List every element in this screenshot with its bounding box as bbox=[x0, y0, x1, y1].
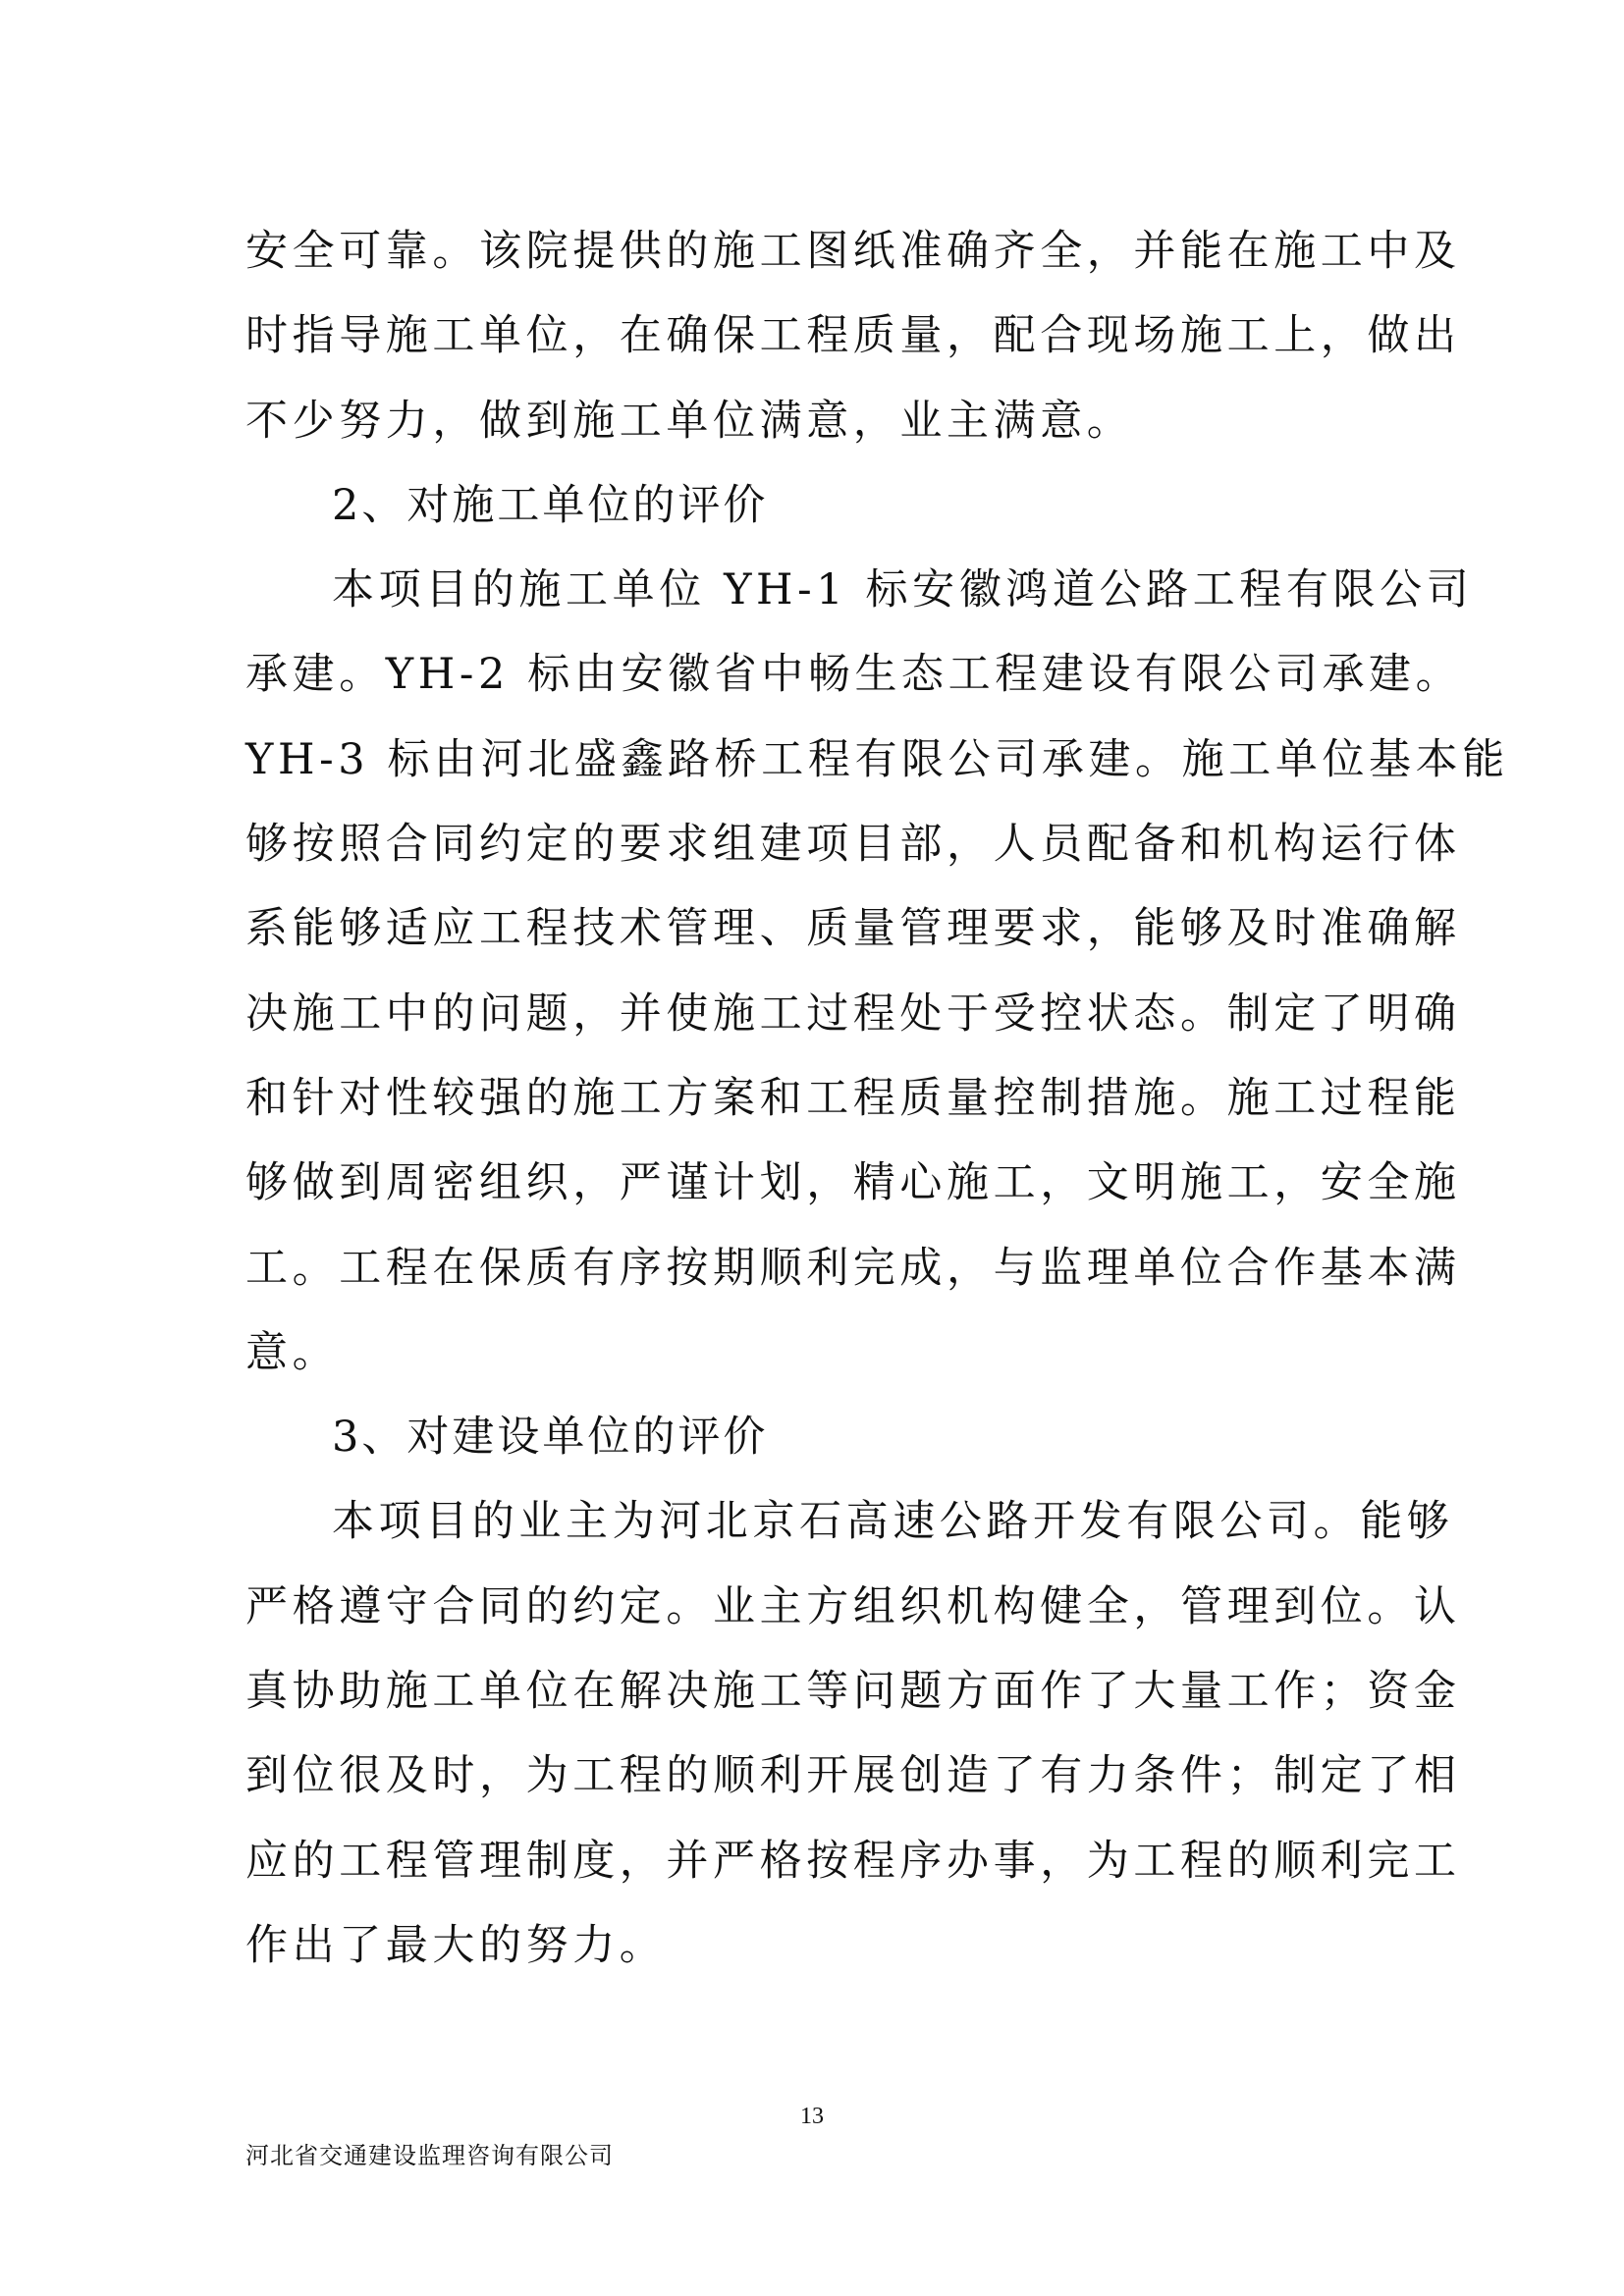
text-line: 作出了最大的努力。 bbox=[245, 1903, 1380, 1988]
text-line: 到位很及时，为工程的顺利开展创造了有力条件；制定了相 bbox=[245, 1734, 1380, 1818]
text-line: 应的工程管理制度，并严格按程序办事，为工程的顺利完工 bbox=[245, 1819, 1380, 1903]
text-line: 安全可靠。该院提供的施工图纸准确齐全，并能在施工中及 bbox=[245, 209, 1380, 294]
text-line: 系能够适应工程技术管理、质量管理要求，能够及时准确解 bbox=[245, 886, 1380, 971]
text-line: 和针对性较强的施工方案和工程质量控制措施。施工过程能 bbox=[245, 1056, 1380, 1141]
text-line: 意。 bbox=[245, 1310, 1380, 1395]
text-line: 本项目的施工单位 YH-1 标安徽鸿道公路工程有限公司 bbox=[245, 548, 1380, 632]
text-line: 承建。YH-2 标由安徽省中畅生态工程建设有限公司承建。 bbox=[245, 632, 1380, 717]
section-heading-construction-unit: 2、对施工单位的评价 bbox=[245, 463, 1380, 548]
text-line: 决施工中的问题，并使施工过程处于受控状态。制定了明确 bbox=[245, 972, 1380, 1056]
text-line: 本项目的业主为河北京石高速公路开发有限公司。能够 bbox=[245, 1479, 1380, 1564]
text-line: 严格遵守合同的约定。业主方组织机构健全，管理到位。认 bbox=[245, 1565, 1380, 1649]
text-line: 不少努力，做到施工单位满意，业主满意。 bbox=[245, 379, 1380, 463]
document-page: 安全可靠。该院提供的施工图纸准确齐全，并能在施工中及 时指导施工单位，在确保工程… bbox=[0, 0, 1624, 2296]
document-body: 安全可靠。该院提供的施工图纸准确齐全，并能在施工中及 时指导施工单位，在确保工程… bbox=[245, 209, 1380, 1988]
text-line: 工。工程在保质有序按期顺利完成，与监理单位合作基本满 bbox=[245, 1226, 1380, 1310]
text-line: 真协助施工单位在解决施工等问题方面作了大量工作；资金 bbox=[245, 1649, 1380, 1734]
text-line: YH-3 标由河北盛鑫路桥工程有限公司承建。施工单位基本能 bbox=[245, 718, 1380, 802]
footer-company-name: 河北省交通建设监理咨询有限公司 bbox=[245, 2136, 614, 2170]
page-number: 13 bbox=[0, 2104, 1624, 2130]
text-line: 够按照合同约定的要求组建项目部，人员配备和机构运行体 bbox=[245, 802, 1380, 886]
paragraph-construction-unit-evaluation: 本项目的施工单位 YH-1 标安徽鸿道公路工程有限公司 承建。YH-2 标由安徽… bbox=[245, 548, 1380, 1395]
text-line: 够做到周密组织，严谨计划，精心施工，文明施工，安全施 bbox=[245, 1141, 1380, 1225]
text-line: 时指导施工单位，在确保工程质量，配合现场施工上，做出 bbox=[245, 294, 1380, 378]
section-heading-owner-unit: 3、对建设单位的评价 bbox=[245, 1395, 1380, 1479]
paragraph-owner-unit-evaluation: 本项目的业主为河北京石高速公路开发有限公司。能够 严格遵守合同的约定。业主方组织… bbox=[245, 1479, 1380, 1988]
paragraph-design-unit-evaluation-continued: 安全可靠。该院提供的施工图纸准确齐全，并能在施工中及 时指导施工单位，在确保工程… bbox=[245, 209, 1380, 463]
